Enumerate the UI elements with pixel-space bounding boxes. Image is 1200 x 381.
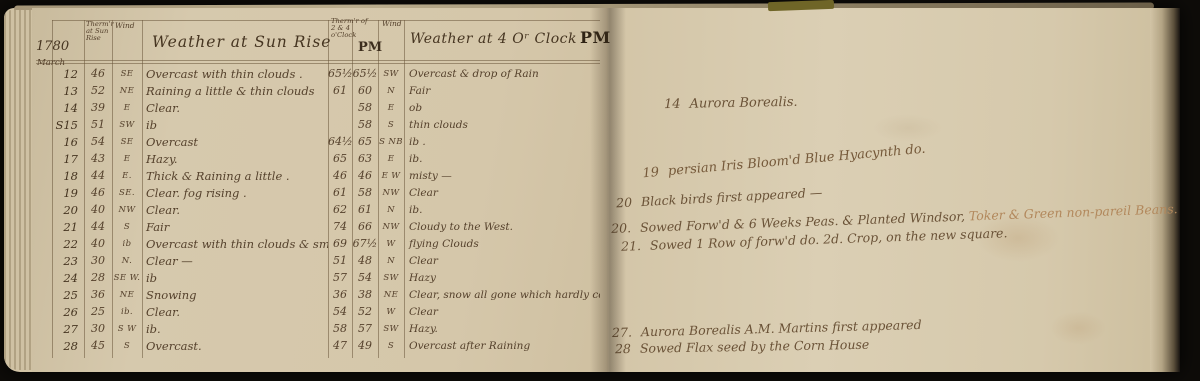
table-row: 22 40 ib Overcast with thin clouds & smo… xyxy=(36,235,600,252)
page-edges-right xyxy=(1150,8,1180,372)
note-day: 20. xyxy=(611,220,631,236)
wind-sunrise-cell: S xyxy=(112,222,142,232)
wind-sunrise-cell: ib. xyxy=(112,307,142,317)
therm-4pm-cell: 65 xyxy=(352,135,378,148)
col-header-weather-sunrise: Weather at Sun Rise xyxy=(152,34,331,50)
therm-4pm-cell: 65½ xyxy=(352,67,378,80)
therm-4pm-cell: 63 xyxy=(352,152,378,165)
col-header-weather-pm: Weather at 4 Oʳ ClockPM xyxy=(410,30,611,47)
wind-sunrise-cell: SE W. xyxy=(112,273,142,283)
therm-4pm-cell: 58 xyxy=(352,118,378,131)
day-cell: 17 xyxy=(36,152,84,166)
table-row: 12 46 SE Overcast with thin clouds . 65½… xyxy=(36,65,600,82)
therm-sunrise-cell: 44 xyxy=(84,169,112,182)
weather-sunrise-cell: Thick & Raining a little . xyxy=(142,169,328,183)
therm-sunrise-cell: 40 xyxy=(84,237,112,250)
therm-2pm-cell: 62 xyxy=(328,203,352,216)
table-row: 27 30 S W ib. 58 57 SW Hazy. xyxy=(36,320,600,337)
wind-sunrise-cell: SE xyxy=(112,69,142,79)
weather-sunrise-cell: Clear — xyxy=(142,254,328,268)
therm-4pm-cell: 54 xyxy=(352,271,378,284)
therm-4pm-cell: 38 xyxy=(352,288,378,301)
weather-pm-cell: misty — xyxy=(404,170,600,182)
wind-pm-cell: W xyxy=(378,239,404,249)
weather-sunrise-cell: Snowing xyxy=(142,288,328,302)
therm-sunrise-cell: 46 xyxy=(84,186,112,199)
table-row: 20 40 NW Clear. 62 61 N ib. xyxy=(36,201,600,218)
therm-4pm-cell: 58 xyxy=(352,186,378,199)
therm-4pm-cell: 60 xyxy=(352,84,378,97)
therm-4pm-cell: 67½ xyxy=(352,237,378,250)
weather-pm-cell: thin clouds xyxy=(404,119,600,131)
day-cell: 12 xyxy=(36,67,84,81)
weather-sunrise-cell: Clear. xyxy=(142,203,328,217)
therm-2pm-cell: 65 xyxy=(328,152,352,165)
therm-2pm-cell: 54 xyxy=(328,305,352,318)
wind-sunrise-cell: ib xyxy=(112,239,142,249)
therm-2pm-cell: 46 xyxy=(328,169,352,182)
therm-2pm-cell: 58 xyxy=(328,322,352,335)
note-day: 14 xyxy=(664,97,681,112)
therm-sunrise-cell: 28 xyxy=(84,271,112,284)
table-row: 19 46 SE. Clear. fog rising . 61 58 NW C… xyxy=(36,184,600,201)
day-cell: 18 xyxy=(36,169,84,183)
therm-2pm-cell: 57 xyxy=(328,271,352,284)
day-cell: 27 xyxy=(36,322,84,336)
day-cell: 23 xyxy=(36,254,84,268)
therm-2pm-cell: 47 xyxy=(328,339,352,352)
therm-4pm-cell: 58 xyxy=(352,101,378,114)
therm-sunrise-cell: 30 xyxy=(84,254,112,267)
table-row: 14 39 E Clear. 58 E ob xyxy=(36,99,600,116)
note-day: 27. xyxy=(612,325,632,341)
wind-sunrise-cell: NE xyxy=(112,290,142,300)
day-cell: S15 xyxy=(36,118,84,132)
wind-pm-cell: W xyxy=(378,307,404,317)
day-cell: 22 xyxy=(36,237,84,251)
therm-4pm-cell: 46 xyxy=(352,169,378,182)
weather-pm-cell: flying Clouds xyxy=(404,238,600,250)
wind-pm-cell: S xyxy=(378,341,404,351)
weather-pm-cell: Cloudy to the West. xyxy=(404,221,600,233)
therm-4pm-cell: 49 xyxy=(352,339,378,352)
page-edges-left xyxy=(4,10,32,370)
weather-pm-cell: ib. xyxy=(404,153,600,165)
wind-pm-cell: N xyxy=(378,86,404,96)
therm-4pm-cell: 57 xyxy=(352,322,378,335)
therm-sunrise-cell: 51 xyxy=(84,118,112,131)
therm-sunrise-cell: 36 xyxy=(84,288,112,301)
weather-table: 12 46 SE Overcast with thin clouds . 65½… xyxy=(36,65,600,354)
therm-sunrise-cell: 52 xyxy=(84,84,112,97)
weather-sunrise-cell: ib xyxy=(142,271,328,285)
wind-sunrise-cell: E xyxy=(112,103,142,113)
wind-pm-cell: SW xyxy=(378,324,404,334)
therm-sunrise-cell: 54 xyxy=(84,135,112,148)
wind-sunrise-cell: NW xyxy=(112,205,142,215)
wind-sunrise-cell: SW xyxy=(112,120,142,130)
day-cell: 14 xyxy=(36,101,84,115)
journal-book: 1780 March Therm'r at Sun Rise Wind Weat… xyxy=(4,8,1180,372)
table-row: 16 54 SE Overcast 64½ 65 S NB ib . xyxy=(36,133,600,150)
weather-pm-cell: Fair xyxy=(404,85,600,97)
wind-pm-cell: N xyxy=(378,205,404,215)
day-cell: 26 xyxy=(36,305,84,319)
note-day: 19 xyxy=(642,165,660,181)
therm-2pm-cell: 51 xyxy=(328,254,352,267)
col-header-wind-pm: Wind xyxy=(382,20,402,28)
wind-pm-cell: S NB xyxy=(378,137,404,147)
therm-2pm-cell: 65½ xyxy=(328,67,352,80)
wind-sunrise-cell: SE. xyxy=(112,188,142,198)
therm-sunrise-cell: 39 xyxy=(84,101,112,114)
weather-sunrise-cell: Clear. xyxy=(142,101,328,115)
therm-sunrise-cell: 46 xyxy=(84,67,112,80)
wind-sunrise-cell: E xyxy=(112,154,142,164)
therm-sunrise-cell: 45 xyxy=(84,339,112,352)
wind-pm-cell: NW xyxy=(378,222,404,232)
col-header-weather-pm-suffix: PM xyxy=(580,28,611,47)
wind-pm-cell: NE xyxy=(378,290,404,300)
wind-pm-cell: E xyxy=(378,103,404,113)
day-cell: 20 xyxy=(36,203,84,217)
weather-pm-cell: ib. xyxy=(404,204,600,216)
table-row: 13 52 NE Raining a little & thin clouds … xyxy=(36,82,600,99)
therm-2pm-cell: 64½ xyxy=(328,135,352,148)
weather-pm-cell: Clear xyxy=(404,306,600,318)
wind-pm-cell: NW xyxy=(378,188,404,198)
weather-sunrise-cell: Overcast with thin clouds . xyxy=(142,67,328,81)
day-cell: 13 xyxy=(36,84,84,98)
weather-pm-cell: ib . xyxy=(404,136,600,148)
therm-4pm-cell: 52 xyxy=(352,305,378,318)
month-label: March xyxy=(37,59,65,68)
col-header-wind-am: Wind xyxy=(115,22,135,30)
weather-sunrise-cell: Overcast. xyxy=(142,339,328,353)
weather-sunrise-cell: Overcast xyxy=(142,135,328,149)
weather-sunrise-cell: Hazy. xyxy=(142,152,328,166)
day-cell: 21 xyxy=(36,220,84,234)
weather-pm-cell: Hazy. xyxy=(404,323,600,335)
wind-pm-cell: SW xyxy=(378,69,404,79)
weather-pm-cell: Hazy xyxy=(404,272,600,284)
weather-pm-cell: Clear xyxy=(404,187,600,199)
therm-2pm-cell: 61 xyxy=(328,84,352,97)
therm-sunrise-cell: 40 xyxy=(84,203,112,216)
weather-pm-cell: Overcast & drop of Rain xyxy=(404,68,600,80)
note-day: 28 xyxy=(615,341,631,356)
wind-sunrise-cell: E. xyxy=(112,171,142,181)
weather-pm-cell: Overcast after Raining xyxy=(404,340,600,352)
day-cell: 28 xyxy=(36,339,84,353)
table-row: 17 43 E Hazy. 65 63 E ib. xyxy=(36,150,600,167)
therm-4pm-cell: 48 xyxy=(352,254,378,267)
therm-2pm-cell: 36 xyxy=(328,288,352,301)
wind-sunrise-cell: SE xyxy=(112,137,142,147)
therm-4pm-cell: 66 xyxy=(352,220,378,233)
note-day: 20 xyxy=(616,195,633,211)
therm-sunrise-cell: 43 xyxy=(84,152,112,165)
weather-sunrise-cell: ib xyxy=(142,118,328,132)
wind-pm-cell: S xyxy=(378,120,404,130)
weather-sunrise-cell: Clear. xyxy=(142,305,328,319)
therm-2pm-cell: 61 xyxy=(328,186,352,199)
photo-frame: 1780 March Therm'r at Sun Rise Wind Weat… xyxy=(0,0,1200,381)
weather-sunrise-cell: Fair xyxy=(142,220,328,234)
therm-2pm-cell: 74 xyxy=(328,220,352,233)
day-cell: 16 xyxy=(36,135,84,149)
wind-pm-cell: SW xyxy=(378,273,404,283)
weather-sunrise-cell: Overcast with thin clouds & smokey xyxy=(142,237,328,251)
table-row: 18 44 E. Thick & Raining a little . 46 4… xyxy=(36,167,600,184)
wind-sunrise-cell: N. xyxy=(112,256,142,266)
year-label: 1780 xyxy=(36,40,69,54)
weather-sunrise-cell: ib. xyxy=(142,322,328,336)
wind-pm-cell: E W xyxy=(378,171,404,181)
journal-note: 14Aurora Borealis. xyxy=(664,95,798,112)
table-row: 26 25 ib. Clear. 54 52 W Clear xyxy=(36,303,600,320)
therm-2pm-cell: 69 xyxy=(328,237,352,250)
col-header-therm-pm: Therm'r of 2 & 4 o'Clock xyxy=(331,18,373,39)
weather-pm-cell: Clear xyxy=(404,255,600,267)
wind-sunrise-cell: S W xyxy=(112,324,142,334)
wind-pm-cell: E xyxy=(378,154,404,164)
day-cell: 19 xyxy=(36,186,84,200)
therm-sunrise-cell: 25 xyxy=(84,305,112,318)
weather-pm-cell: Clear, snow all gone which hardly cov'd … xyxy=(404,289,600,301)
table-row: S15 51 SW ib 58 S thin clouds xyxy=(36,116,600,133)
day-cell: 24 xyxy=(36,271,84,285)
therm-sunrise-cell: 44 xyxy=(84,220,112,233)
col-header-therm-pm-suffix: PM xyxy=(358,41,382,55)
weather-sunrise-cell: Raining a little & thin clouds xyxy=(142,84,328,98)
table-row: 28 45 S Overcast. 47 49 S Overcast after… xyxy=(36,337,600,354)
therm-4pm-cell: 61 xyxy=(352,203,378,216)
col-header-weather-pm-text: Weather at 4 Oʳ Clock xyxy=(410,31,577,47)
col-header-therm-sunrise: Therm'r at Sun Rise xyxy=(86,21,112,42)
table-header-rule xyxy=(36,63,600,64)
wind-pm-cell: N xyxy=(378,256,404,266)
note-text: Aurora Borealis. xyxy=(689,95,797,112)
wind-sunrise-cell: S xyxy=(112,341,142,351)
table-row: 21 44 S Fair 74 66 NW Cloudy to the West… xyxy=(36,218,600,235)
therm-sunrise-cell: 30 xyxy=(84,322,112,335)
table-row: 25 36 NE Snowing 36 38 NE Clear, snow al… xyxy=(36,286,600,303)
weather-pm-cell: ob xyxy=(404,102,600,114)
table-row: 23 30 N. Clear — 51 48 N Clear xyxy=(36,252,600,269)
note-day: 21. xyxy=(621,238,641,254)
weather-sunrise-cell: Clear. fog rising . xyxy=(142,186,328,200)
table-header-rule xyxy=(36,60,600,61)
wind-sunrise-cell: NE xyxy=(112,86,142,96)
day-cell: 25 xyxy=(36,288,84,302)
table-row: 24 28 SE W. ib 57 54 SW Hazy xyxy=(36,269,600,286)
